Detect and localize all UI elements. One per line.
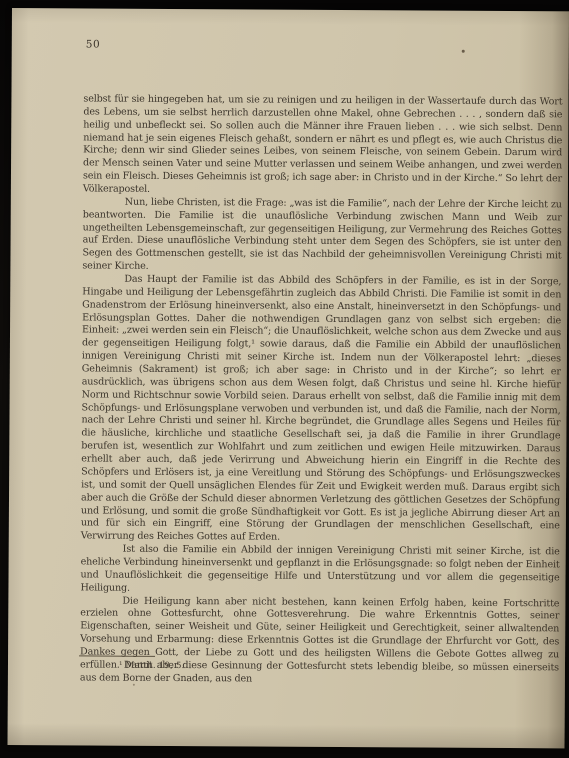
paragraph-4: Ist also die Familie ein Abbild der inni… [80,544,559,598]
ink-speck [462,50,465,53]
page-body: selbst für sie hingegeben hat, um sie zu… [80,93,563,687]
paper-sheet: 50 selbst für sie hingegeben hat, um sie… [7,8,568,748]
paragraph-3: Das Haupt der Familie ist das Abbild des… [81,273,562,546]
paragraph-1: selbst für sie hingegeben hat, um sie zu… [83,93,563,199]
page-number: 50 [86,38,100,50]
scanned-book-page: 50 selbst für sie hingegeben hat, um sie… [0,0,569,758]
footnote: ¹ Matth. 19, 5. [119,661,185,671]
paragraph-2: Nun, liebe Christen, ist die Frage: „was… [82,196,561,276]
ink-speck [133,684,135,686]
paragraph-5: Die Heiligung kann aber nicht bestehen, … [80,595,560,688]
